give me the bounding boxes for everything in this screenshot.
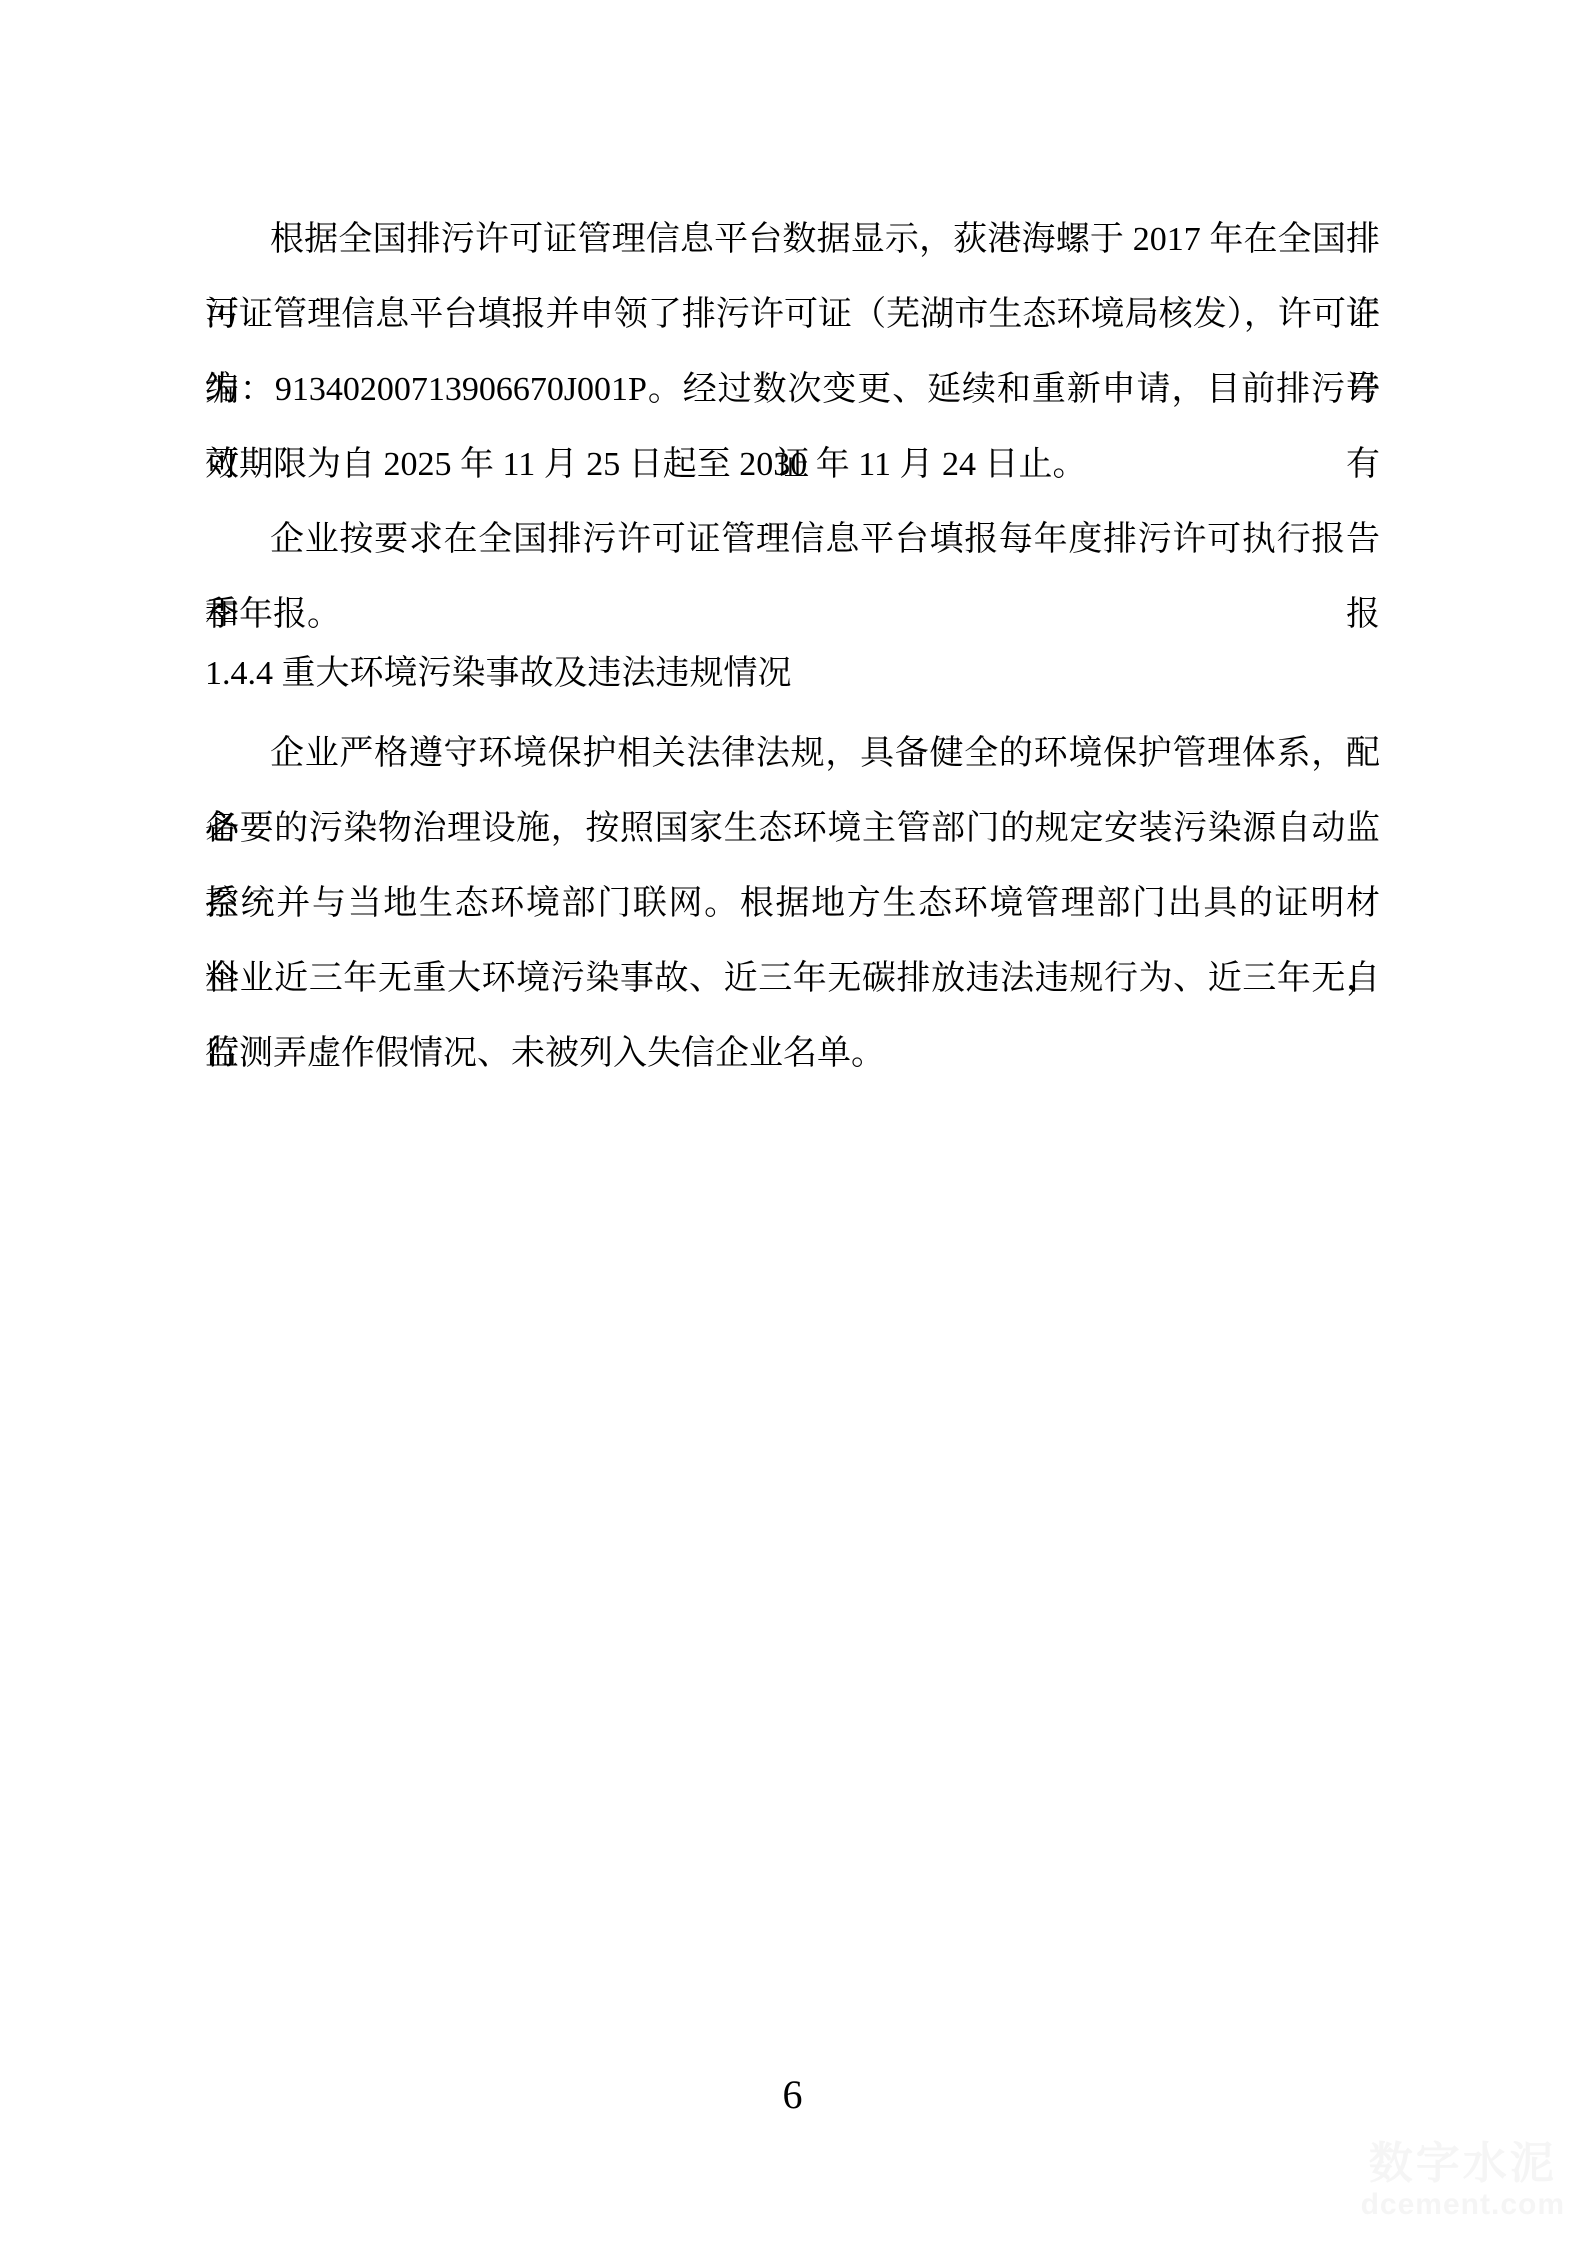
- paragraph-line: 企业严格遵守环境保护相关法律法规，具备健全的环境保护管理体系，配备: [205, 716, 1380, 791]
- paragraph-line: 系统并与当地生态环境部门联网。根据地方生态环境管理部门出具的证明材料，: [205, 866, 1380, 941]
- paragraph-line: 必要的污染物治理设施，按照国家生态环境主管部门的规定安装污染源自动监控: [205, 791, 1380, 866]
- watermark-title: 数字水泥: [1361, 2141, 1565, 2187]
- paragraph-line: 监测弄虚作假情况、未被列入失信企业名单。: [205, 1016, 1380, 1091]
- document-page: 根据全国排污许可证管理信息平台数据显示，荻港海螺于 2017 年在全国排污许 可…: [0, 0, 1587, 2245]
- paragraph-line: 为：91340200713906670J001P。经过数次变更、延续和重新申请，…: [205, 352, 1380, 427]
- document-body: 根据全国排污许可证管理信息平台数据显示，荻港海螺于 2017 年在全国排污许 可…: [205, 202, 1380, 1091]
- watermark-domain: dcement.com: [1361, 2189, 1565, 2221]
- watermark: 数字水泥 dcement.com: [1361, 2141, 1565, 2221]
- paragraph-line: 企业近三年无重大环境污染事故、近三年无碳排放违法违规行为、近三年无自行: [205, 941, 1380, 1016]
- paragraph-line: 可证管理信息平台填报并申领了排污许可证（芜湖市生态环境局核发），许可证编号: [205, 277, 1380, 352]
- page-number: 6: [205, 2072, 1380, 2118]
- paragraph-line: 根据全国排污许可证管理信息平台数据显示，荻港海螺于 2017 年在全国排污许: [205, 202, 1380, 277]
- paragraph-line: 企业按要求在全国排污许可证管理信息平台填报每年度排污许可执行报告季报: [205, 502, 1380, 577]
